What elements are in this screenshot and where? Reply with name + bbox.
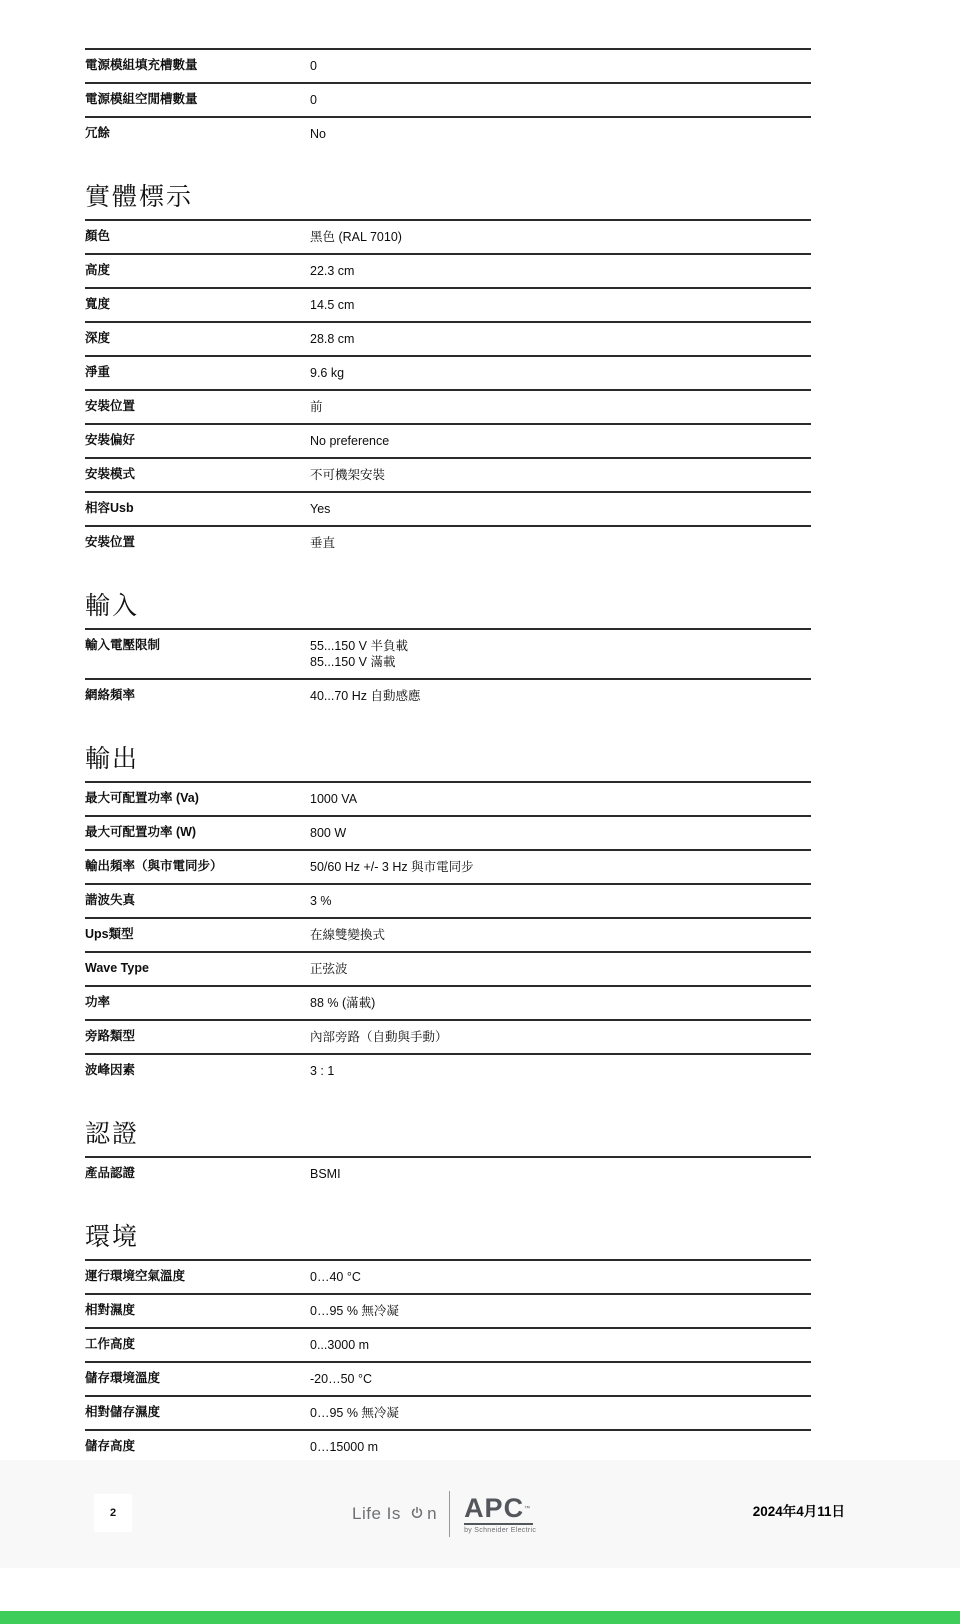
spec-rows: 電源模組填充槽數量0電源模組空閒槽數量0冗餘No xyxy=(85,48,811,150)
spec-value: 0...3000 m xyxy=(310,1337,369,1353)
spec-row: 波峰因素3 : 1 xyxy=(85,1055,811,1087)
spec-value: 在線雙變換式 xyxy=(310,927,385,943)
spec-label: 淨重 xyxy=(85,365,310,380)
spec-value: 3 % xyxy=(310,893,332,909)
spec-label: 輸入電壓限制 xyxy=(85,638,310,653)
spec-value: 28.8 cm xyxy=(310,331,354,347)
spec-label: 儲存高度 xyxy=(85,1439,310,1454)
brand-logo: Life Is n APC™ by Schneider Electric xyxy=(352,1488,536,1540)
spec-row: 深度28.8 cm xyxy=(85,323,811,357)
spec-value: 14.5 cm xyxy=(310,297,354,313)
spec-section: 認證產品認證BSMI xyxy=(85,1113,811,1190)
spec-label: 冗餘 xyxy=(85,126,310,141)
spec-value: 0…95 % 無冷凝 xyxy=(310,1303,399,1319)
spec-value: 9.6 kg xyxy=(310,365,344,381)
spec-row: 旁路類型內部旁路（自動與手動） xyxy=(85,1021,811,1055)
spec-value: 內部旁路（自動與手動） xyxy=(310,1029,448,1045)
spec-value: 40...70 Hz 自動感應 xyxy=(310,688,420,704)
spec-row: 儲存環境溫度-20…50 °C xyxy=(85,1363,811,1397)
spec-row: 最大可配置功率 (W)800 W xyxy=(85,817,811,851)
spec-label: 最大可配置功率 (Va) xyxy=(85,791,310,806)
spec-row: 工作高度0...3000 m xyxy=(85,1329,811,1363)
spec-label: 儲存環境溫度 xyxy=(85,1371,310,1386)
spec-value: No xyxy=(310,126,326,142)
spec-value: 黑色 (RAL 7010) xyxy=(310,229,402,245)
spec-label: 寬度 xyxy=(85,297,310,312)
section-heading: 實體標示 xyxy=(85,176,811,221)
spec-label: 旁路類型 xyxy=(85,1029,310,1044)
spec-value: 0 xyxy=(310,58,317,74)
spec-row: 諧波失真3 % xyxy=(85,885,811,919)
spec-label: 安裝模式 xyxy=(85,467,310,482)
spec-label: 相對濕度 xyxy=(85,1303,310,1318)
spec-value: 1000 VA xyxy=(310,791,357,807)
spec-label: 相對儲存濕度 xyxy=(85,1405,310,1420)
section-heading: 輸入 xyxy=(85,585,811,630)
apc-byline: by Schneider Electric xyxy=(464,1527,536,1534)
spec-row: 相對濕度0…95 % 無冷凝 xyxy=(85,1295,811,1329)
life-is-on-text-end: n xyxy=(427,1504,437,1524)
spec-value: -20…50 °C xyxy=(310,1371,372,1387)
spec-value: 0…40 °C xyxy=(310,1269,361,1285)
spec-row: 功率88 % (滿載) xyxy=(85,987,811,1021)
spec-value: Yes xyxy=(310,501,330,517)
spec-row: 安裝位置垂直 xyxy=(85,527,811,559)
spec-rows: 顏色黑色 (RAL 7010)高度22.3 cm寬度14.5 cm深度28.8 … xyxy=(85,221,811,559)
spec-value: 正弦波 xyxy=(310,961,348,977)
spec-value: 22.3 cm xyxy=(310,263,354,279)
spec-value: 0 xyxy=(310,92,317,108)
spec-label: Wave Type xyxy=(85,961,310,976)
spec-value: 88 % (滿載) xyxy=(310,995,375,1011)
spec-row: 安裝模式不可機架安裝 xyxy=(85,459,811,493)
spec-value: 0…95 % 無冷凝 xyxy=(310,1405,399,1421)
spec-label: 工作高度 xyxy=(85,1337,310,1352)
apc-trademark: ™ xyxy=(524,1506,531,1512)
apc-wordmark: APC™ xyxy=(464,1495,533,1525)
spec-row: Wave Type正弦波 xyxy=(85,953,811,987)
spec-tables-container: 電源模組填充槽數量0電源模組空閒槽數量0冗餘No實體標示顏色黑色 (RAL 70… xyxy=(85,48,811,1497)
spec-label: 相容Usb xyxy=(85,501,310,516)
spec-row: Ups類型在線雙變換式 xyxy=(85,919,811,953)
spec-row: 輸出頻率（與市電同步）50/60 Hz +/- 3 Hz 與市電同步 xyxy=(85,851,811,885)
spec-rows: 輸入電壓限制55...150 V 半負載 85...150 V 滿載網絡頻率40… xyxy=(85,630,811,712)
spec-value: 垂直 xyxy=(310,535,335,551)
spec-label: 運行環境空氣溫度 xyxy=(85,1269,310,1284)
section-heading: 認證 xyxy=(85,1113,811,1158)
spec-section: 實體標示顏色黑色 (RAL 7010)高度22.3 cm寬度14.5 cm深度2… xyxy=(85,176,811,559)
spec-label: 安裝偏好 xyxy=(85,433,310,448)
spec-label: 產品認證 xyxy=(85,1166,310,1181)
spec-row: 安裝偏好No preference xyxy=(85,425,811,459)
spec-label: 最大可配置功率 (W) xyxy=(85,825,310,840)
section-heading: 輸出 xyxy=(85,738,811,783)
spec-label: 安裝位置 xyxy=(85,535,310,550)
footer-date: 2024年4月11日 xyxy=(753,1500,845,1520)
spec-row: 產品認證BSMI xyxy=(85,1158,811,1190)
spec-label: 波峰因素 xyxy=(85,1063,310,1078)
spec-label: 電源模組空閒槽數量 xyxy=(85,92,310,107)
spec-section: 環境運行環境空氣溫度0…40 °C相對濕度0…95 % 無冷凝工作高度0...3… xyxy=(85,1216,811,1497)
spec-label: 諧波失真 xyxy=(85,893,310,908)
spec-row: 相對儲存濕度0…95 % 無冷凝 xyxy=(85,1397,811,1431)
spec-row: 輸入電壓限制55...150 V 半負載 85...150 V 滿載 xyxy=(85,630,811,680)
spec-label: Ups類型 xyxy=(85,927,310,942)
spec-row: 冗餘No xyxy=(85,118,811,150)
logo-divider xyxy=(449,1491,450,1537)
page-footer: 2 Life Is n APC™ by Schneider Electric 2… xyxy=(0,1460,960,1568)
spec-value: No preference xyxy=(310,433,389,449)
spec-row: 電源模組空閒槽數量0 xyxy=(85,84,811,118)
spec-value: BSMI xyxy=(310,1166,341,1182)
life-is-on-text: Life Is xyxy=(352,1504,406,1524)
spec-row: 顏色黑色 (RAL 7010) xyxy=(85,221,811,255)
spec-label: 顏色 xyxy=(85,229,310,244)
spec-section: 輸出最大可配置功率 (Va)1000 VA最大可配置功率 (W)800 W輸出頻… xyxy=(85,738,811,1087)
spec-row: 高度22.3 cm xyxy=(85,255,811,289)
spec-row: 淨重9.6 kg xyxy=(85,357,811,391)
spec-row: 運行環境空氣溫度0…40 °C xyxy=(85,1261,811,1295)
section-heading: 環境 xyxy=(85,1216,811,1261)
spec-value: 0…15000 m xyxy=(310,1439,378,1455)
spec-section: 輸入輸入電壓限制55...150 V 半負載 85...150 V 滿載網絡頻率… xyxy=(85,585,811,712)
spec-rows: 產品認證BSMI xyxy=(85,1158,811,1190)
spec-value: 50/60 Hz +/- 3 Hz 與市電同步 xyxy=(310,859,474,875)
spec-value: 3 : 1 xyxy=(310,1063,334,1079)
spec-value: 前 xyxy=(310,399,323,415)
spec-label: 深度 xyxy=(85,331,310,346)
spec-section: 電源模組填充槽數量0電源模組空閒槽數量0冗餘No xyxy=(85,48,811,150)
spec-label: 安裝位置 xyxy=(85,399,310,414)
spec-label: 輸出頻率（與市電同步） xyxy=(85,859,310,874)
spec-value: 800 W xyxy=(310,825,346,841)
spec-label: 網絡頻率 xyxy=(85,688,310,703)
spec-label: 高度 xyxy=(85,263,310,278)
spec-label: 電源模組填充槽數量 xyxy=(85,58,310,73)
brand-green-bar xyxy=(0,1611,960,1624)
power-icon xyxy=(410,1505,424,1525)
page-number: 2 xyxy=(94,1494,132,1532)
spec-rows: 最大可配置功率 (Va)1000 VA最大可配置功率 (W)800 W輸出頻率（… xyxy=(85,783,811,1087)
life-is-on-logo: Life Is n xyxy=(352,1504,437,1524)
spec-row: 電源模組填充槽數量0 xyxy=(85,50,811,84)
spec-row: 最大可配置功率 (Va)1000 VA xyxy=(85,783,811,817)
spec-row: 安裝位置前 xyxy=(85,391,811,425)
spec-row: 寬度14.5 cm xyxy=(85,289,811,323)
spec-label: 功率 xyxy=(85,995,310,1010)
spec-row: 網絡頻率40...70 Hz 自動感應 xyxy=(85,680,811,712)
apc-logo: APC™ by Schneider Electric xyxy=(464,1495,536,1534)
spec-row: 相容UsbYes xyxy=(85,493,811,527)
spec-value: 55...150 V 半負載 85...150 V 滿載 xyxy=(310,638,408,670)
spec-value: 不可機架安裝 xyxy=(310,467,385,483)
